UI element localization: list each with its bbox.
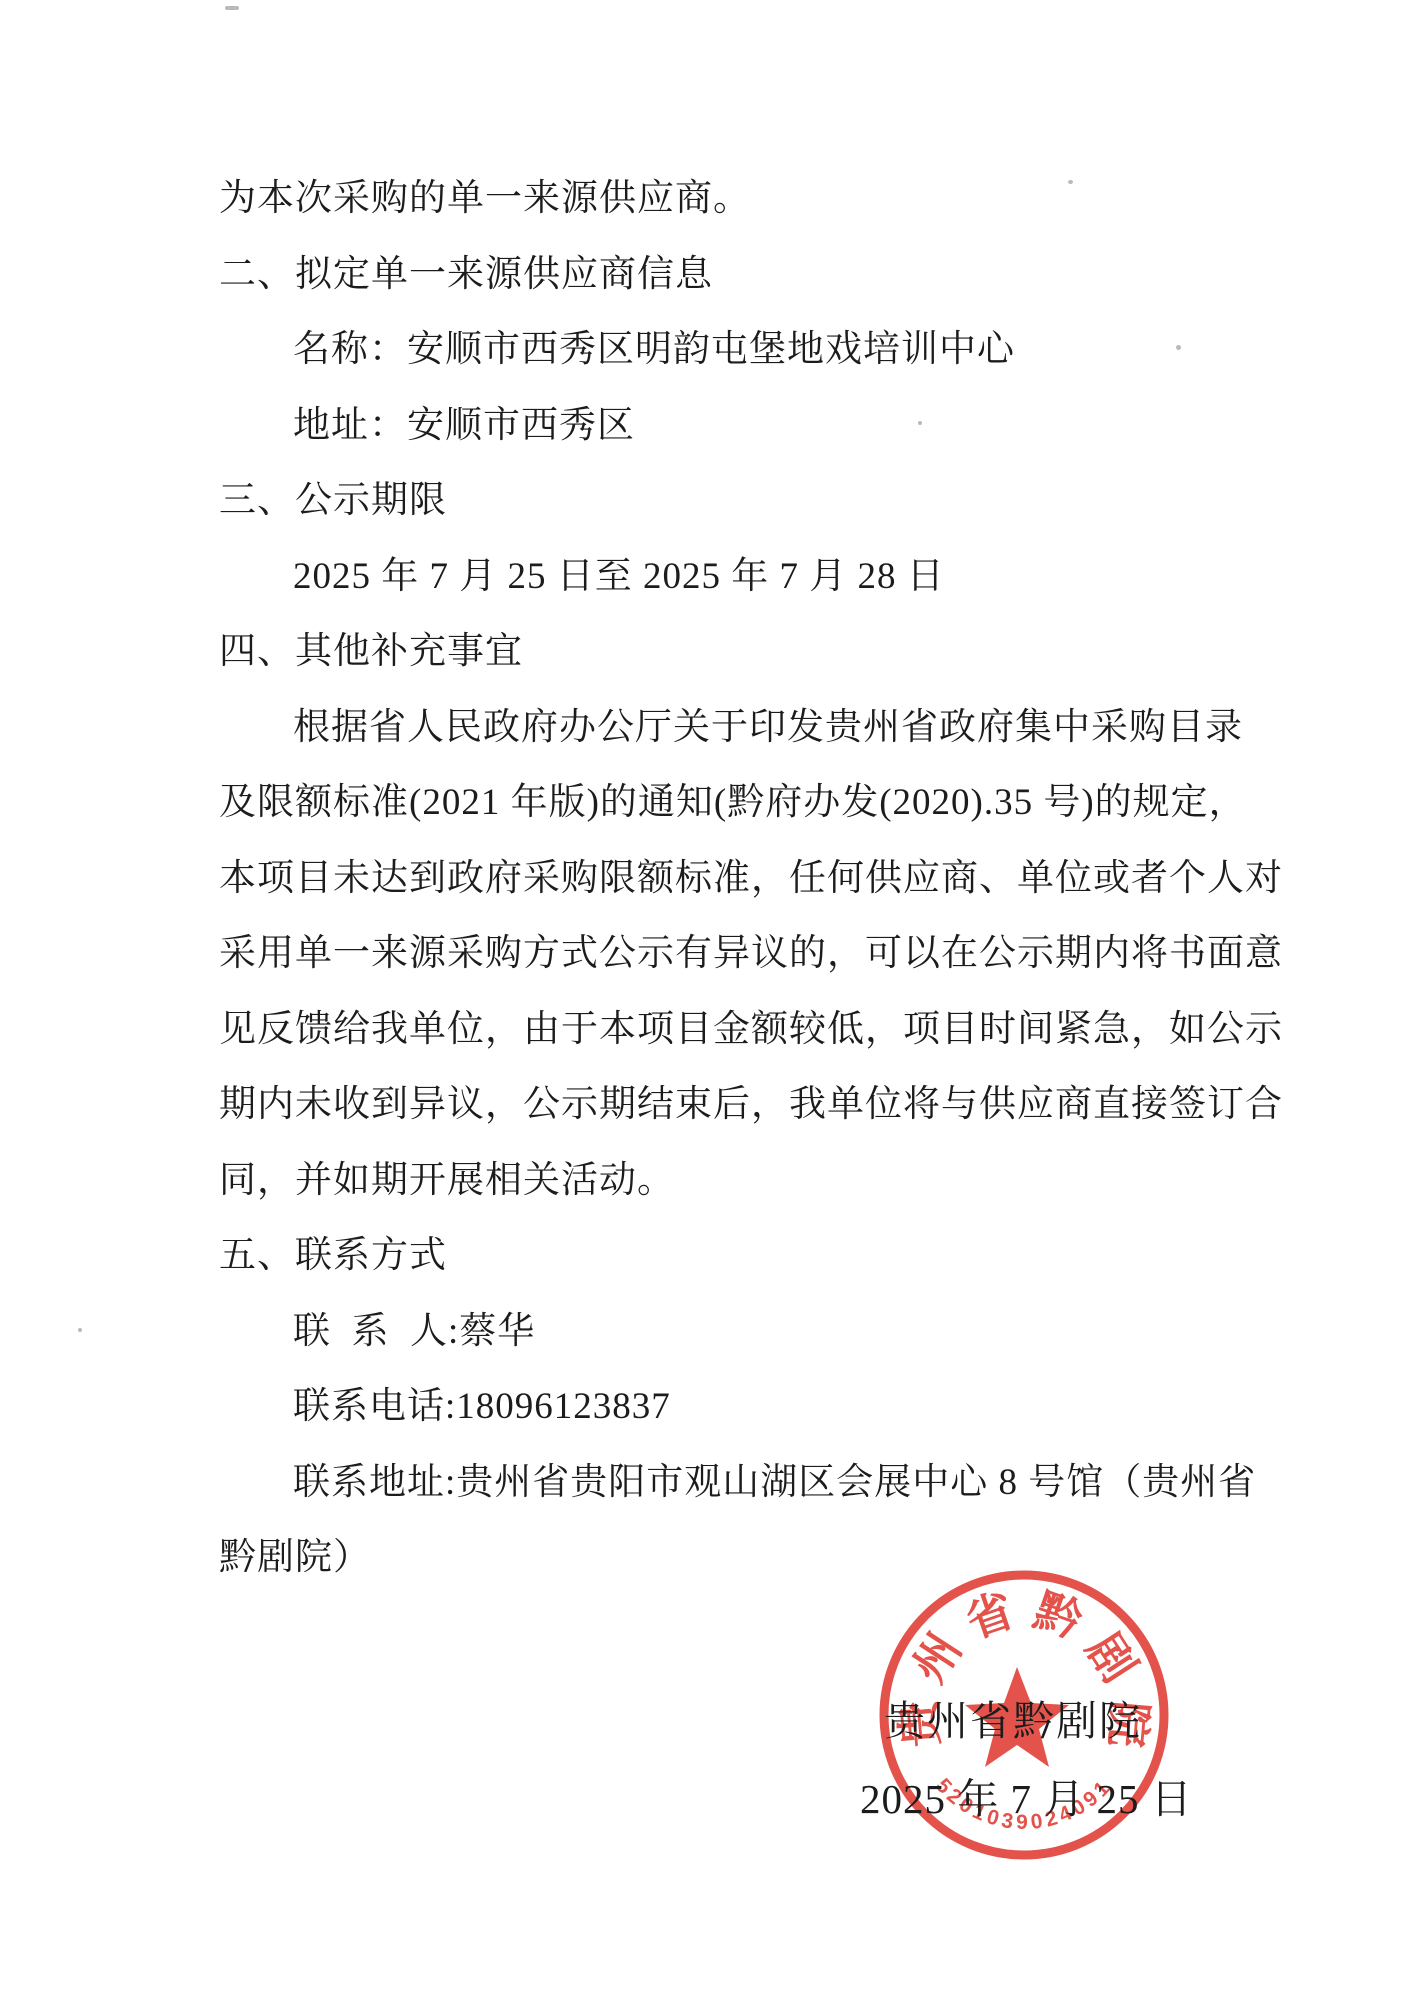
contact-phone-line: 联系电话:18096123837 bbox=[219, 1369, 1329, 1445]
supplier-address-line: 地址：安顺市西秀区 bbox=[219, 388, 1329, 464]
publicity-period-line: 2025 年 7 月 25 日至 2025 年 7 月 28 日 bbox=[219, 539, 1329, 615]
scan-speck bbox=[918, 421, 922, 425]
scan-speck bbox=[225, 6, 239, 10]
section-4-heading: 四、其他补充事宜 bbox=[219, 614, 1329, 690]
contact-person-line: 联 系 人:蔡华 bbox=[219, 1294, 1329, 1370]
section-3-heading: 三、公示期限 bbox=[219, 463, 1329, 539]
signature-org: 贵州省黔剧院 bbox=[884, 1688, 1142, 1747]
section-2-heading: 二、拟定单一来源供应商信息 bbox=[219, 237, 1329, 313]
scan-speck bbox=[78, 1328, 82, 1332]
scanned-document-page: 为本次采购的单一来源供应商。 二、拟定单一来源供应商信息 名称：安顺市西秀区明韵… bbox=[0, 0, 1413, 1999]
seal-ring-char: 省 bbox=[960, 1584, 1020, 1647]
document-line: 根据省人民政府办公厅关于印发贵州省政府集中采购目录 bbox=[219, 690, 1329, 766]
document-line: 本项目未达到政府采购限额标准，任何供应商、单位或者个人对 bbox=[219, 841, 1329, 917]
document-line: 为本次采购的单一来源供应商。 bbox=[219, 161, 1329, 237]
signature-date: 2025 年 7 月 25 日 bbox=[860, 1766, 1193, 1825]
document-body: 为本次采购的单一来源供应商。 二、拟定单一来源供应商信息 名称：安顺市西秀区明韵… bbox=[219, 161, 1329, 1596]
document-line: 同，并如期开展相关活动。 bbox=[219, 1143, 1329, 1219]
document-line: 采用单一来源采购方式公示有异议的，可以在公示期内将书面意 bbox=[219, 916, 1329, 992]
contact-address-line: 联系地址:贵州省贵阳市观山湖区会展中心 8 号馆（贵州省 bbox=[219, 1445, 1329, 1521]
document-line: 见反馈给我单位，由于本项目金额较低，项目时间紧急，如公示 bbox=[219, 992, 1329, 1068]
document-line: 期内未收到异议，公示期结束后，我单位将与供应商直接签订合 bbox=[219, 1067, 1329, 1143]
document-line: 及限额标准(2021 年版)的通知(黔府办发(2020).35 号)的规定， bbox=[219, 765, 1329, 841]
seal-ring-char: 黔 bbox=[1028, 1584, 1088, 1647]
scan-speck bbox=[1176, 345, 1181, 350]
supplier-name-line: 名称：安顺市西秀区明韵屯堡地戏培训中心 bbox=[219, 312, 1329, 388]
section-5-heading: 五、联系方式 bbox=[219, 1218, 1329, 1294]
scan-speck bbox=[1068, 180, 1073, 184]
